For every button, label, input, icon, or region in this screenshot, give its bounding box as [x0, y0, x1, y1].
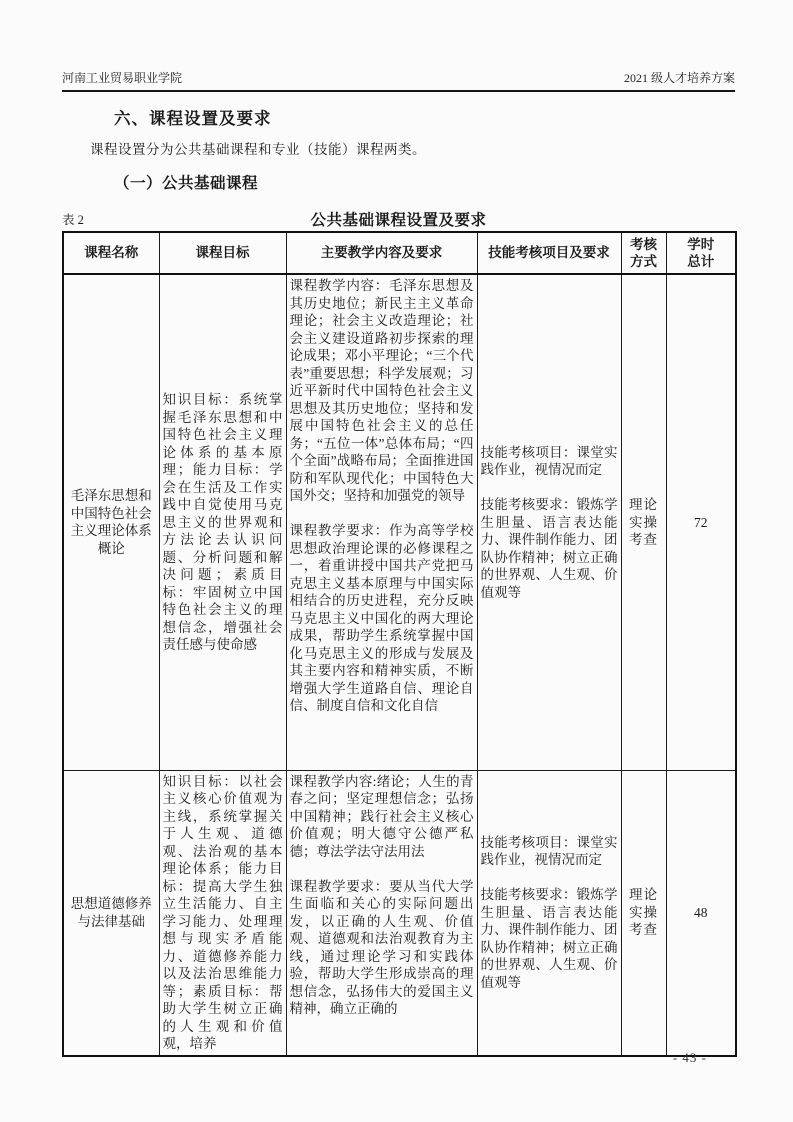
document-header: 河南工业贸易职业学院 2021 级人才培养方案: [62, 70, 735, 86]
col-header-total-hours: 学时 总计: [666, 232, 736, 274]
header-institution: 河南工业贸易职业学院: [62, 70, 182, 86]
subsection-title: （一）公共基础课程: [114, 171, 735, 193]
header-program: 2021 级人才培养方案: [624, 70, 735, 86]
cell-teaching-content: 课程教学内容:绪论；人生的青春之问；坚定理想信念；弘扬中国精神；践行社会主义核心…: [286, 770, 477, 1056]
table-label: 表 2: [62, 210, 84, 228]
table-header-row: 课程名称 课程目标 主要教学内容及要求 技能考核项目及要求 考核 方式 学时 总…: [63, 232, 736, 274]
cell-skill-assessment: 技能考核项目：课堂实践作业，视情况而定 技能考核要求：锻炼学生胆量、语言表达能力…: [477, 770, 621, 1056]
table-caption: 表 2 公共基础课程设置及要求: [62, 208, 735, 228]
cell-assessment-method: 理论 实操 考查: [621, 770, 666, 1056]
col-header-teaching-content: 主要教学内容及要求: [286, 232, 477, 274]
table-row-course-mao-theory: 毛泽东思想和中国特色社会主义理论体系概论 知识目标：系统掌握毛泽东思想和中国特色…: [63, 274, 736, 770]
table-row-course-moral-law: 思想道德修养与法律基础 知识目标：以社会主义核心价值观为主线，系统掌握关于人生观…: [63, 770, 736, 1056]
header-divider: [62, 90, 735, 92]
cell-skill-assessment: 技能考核项目：课堂实践作业，视情况而定 技能考核要求：锻炼学生胆量、语言表达能力…: [477, 274, 621, 770]
cell-course-objectives: 知识目标：以社会主义核心价值观为主线，系统掌握关于人生观、道德观、法治观的基本理…: [159, 770, 286, 1056]
table-title: 公共基础课程设置及要求: [62, 208, 735, 230]
cell-course-name: 毛泽东思想和中国特色社会主义理论体系概论: [63, 274, 159, 770]
cell-course-objectives: 知识目标：系统掌握毛泽东思想和中国特色社会主义理论体系的基本原理；能力目标：学会…: [159, 274, 286, 770]
cell-total-hours: 48: [666, 770, 736, 1056]
courses-table: 课程名称 课程目标 主要教学内容及要求 技能考核项目及要求 考核 方式 学时 总…: [62, 231, 737, 1057]
col-header-course-name: 课程名称: [63, 232, 159, 274]
col-header-course-objectives: 课程目标: [159, 232, 286, 274]
intro-paragraph: 课程设置分为公共基础课程和专业（技能）课程两类。: [90, 138, 735, 158]
cell-course-name: 思想道德修养与法律基础: [63, 770, 159, 1056]
section-title: 六、课程设置及要求: [114, 105, 735, 129]
col-header-assessment-method: 考核 方式: [621, 232, 666, 274]
cell-total-hours: 72: [666, 274, 736, 770]
document-page: 河南工业贸易职业学院 2021 级人才培养方案 六、课程设置及要求 课程设置分为…: [0, 0, 793, 1122]
cell-teaching-content: 课程教学内容：毛泽东思想及其历史地位；新民主主义革命理论；社会主义改造理论；社会…: [286, 274, 477, 770]
page-number: - 43 -: [673, 1050, 707, 1066]
col-header-skill-assessment: 技能考核项目及要求: [477, 232, 621, 274]
cell-assessment-method: 理论 实操 考查: [621, 274, 666, 770]
